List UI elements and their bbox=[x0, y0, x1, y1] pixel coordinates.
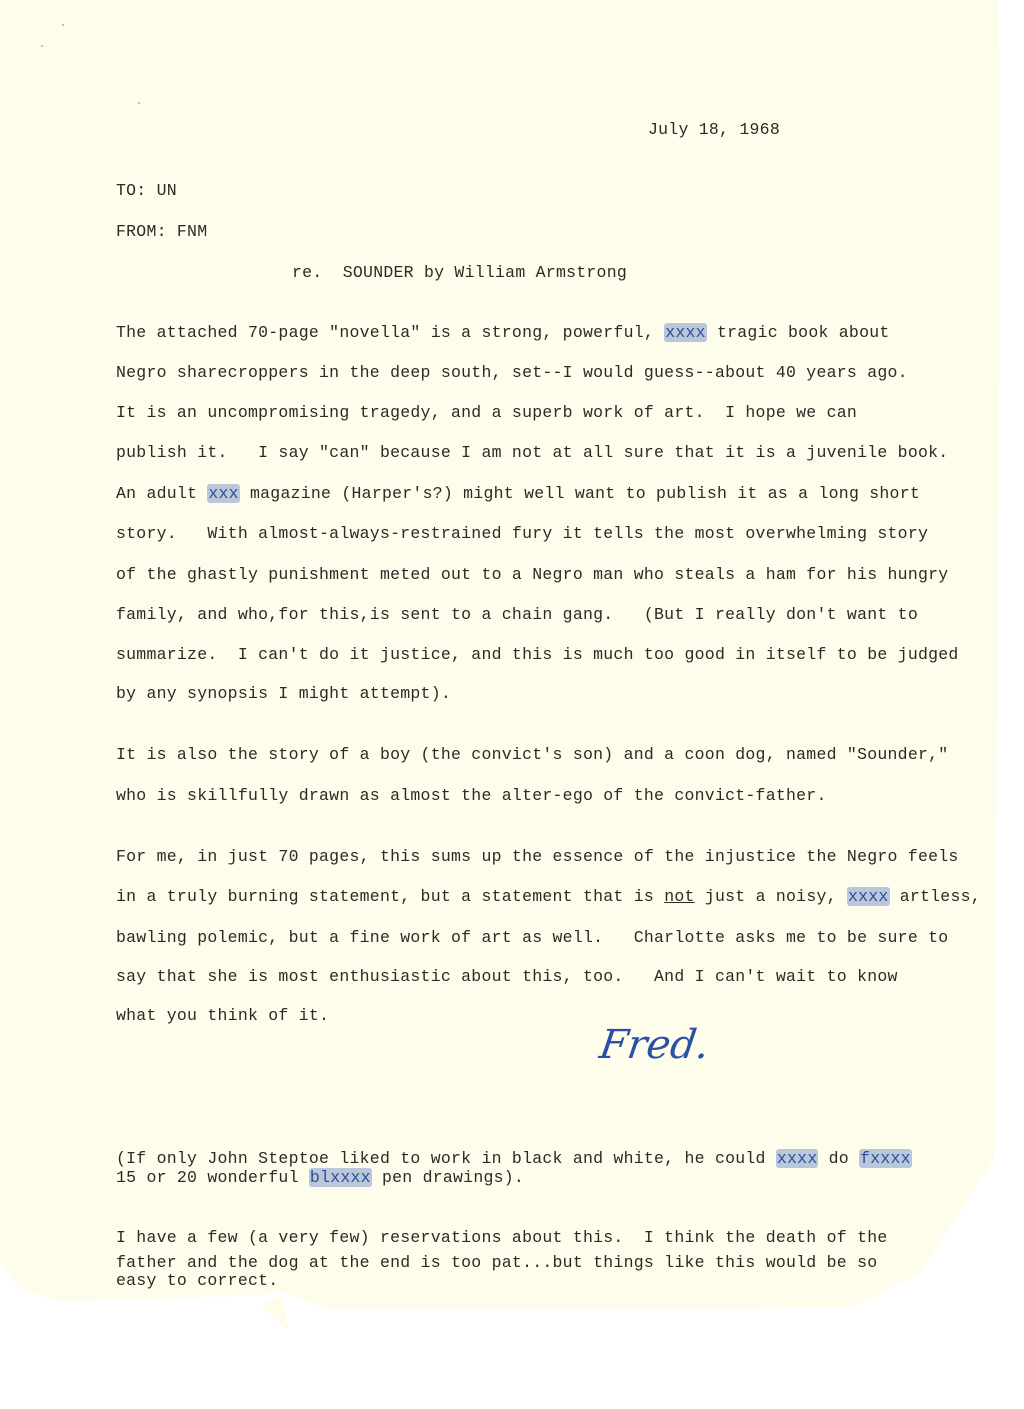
postscript-line: (If only John Steptoe liked to work in b… bbox=[116, 1149, 912, 1168]
paragraph3-line: what you think of it. bbox=[116, 1006, 329, 1025]
paragraph1-line: An adult xxx magazine (Harper's?) might … bbox=[116, 484, 920, 503]
memo-from: FROM: FNM bbox=[116, 222, 207, 241]
handwritten-signature: Fred. bbox=[597, 1022, 712, 1068]
reservations-line: father and the dog at the end is too pat… bbox=[116, 1253, 877, 1272]
struck-out-text: fxxxx bbox=[859, 1149, 912, 1168]
text-run: do bbox=[818, 1149, 859, 1168]
struck-out-text: blxxxx bbox=[309, 1168, 372, 1187]
paragraph3-line: in a truly burning statement, but a stat… bbox=[116, 887, 981, 906]
text-run: just a noisy, bbox=[695, 887, 847, 906]
text-run: magazine (Harper's?) might well want to … bbox=[240, 484, 920, 503]
underlined-text: not bbox=[664, 887, 694, 906]
paragraph1-line: Negro sharecroppers in the deep south, s… bbox=[116, 363, 908, 382]
memo-subject: re. SOUNDER by William Armstrong bbox=[292, 263, 627, 282]
paper-speck bbox=[138, 102, 140, 104]
text-run: 15 or 20 wonderful bbox=[116, 1168, 309, 1187]
struck-out-text: xxxx bbox=[847, 887, 890, 906]
text-run: The attached 70-page "novella" is a stro… bbox=[116, 323, 664, 342]
memo-date: July 18, 1968 bbox=[648, 120, 780, 139]
reservations-line: easy to correct. bbox=[116, 1271, 278, 1290]
paragraph3-line: For me, in just 70 pages, this sums up t… bbox=[116, 847, 959, 866]
text-run: artless, bbox=[890, 887, 981, 906]
text-run: tragic book about bbox=[707, 323, 890, 342]
paragraph2-line: It is also the story of a boy (the convi… bbox=[116, 745, 948, 764]
paragraph3-line: bawling polemic, but a fine work of art … bbox=[116, 928, 948, 947]
reservations-line: I have a few (a very few) reservations a… bbox=[116, 1228, 888, 1247]
text-run: in a truly burning statement, but a stat… bbox=[116, 887, 664, 906]
paragraph1-line: family, and who,for this,is sent to a ch… bbox=[116, 605, 918, 624]
postscript-line: 15 or 20 wonderful blxxxx pen drawings). bbox=[116, 1168, 524, 1187]
paragraph1-line: It is an uncompromising tragedy, and a s… bbox=[116, 403, 857, 422]
text-run: An adult bbox=[116, 484, 207, 503]
struck-out-text: xxxx bbox=[664, 323, 707, 342]
paragraph1-line: of the ghastly punishment meted out to a… bbox=[116, 565, 948, 584]
paragraph1-line: publish it. I say "can" because I am not… bbox=[116, 443, 948, 462]
text-run: pen drawings). bbox=[372, 1168, 524, 1187]
struck-out-text: xxx bbox=[207, 484, 239, 503]
torn-paper-flap bbox=[261, 1294, 299, 1335]
paragraph3-line: say that she is most enthusiastic about … bbox=[116, 967, 898, 986]
paragraph1-line: by any synopsis I might attempt). bbox=[116, 684, 451, 703]
paragraph2-line: who is skillfully drawn as almost the al… bbox=[116, 786, 827, 805]
paragraph1-line: The attached 70-page "novella" is a stro… bbox=[116, 323, 890, 342]
text-run: (If only John Steptoe liked to work in b… bbox=[116, 1149, 776, 1168]
paragraph1-line: story. With almost-always-restrained fur… bbox=[116, 524, 928, 543]
paragraph1-line: summarize. I can't do it justice, and th… bbox=[116, 645, 959, 664]
memo-to: TO: UN bbox=[116, 181, 177, 200]
paper-speck bbox=[62, 24, 64, 26]
struck-out-text: xxxx bbox=[776, 1149, 819, 1168]
paper-speck bbox=[41, 45, 43, 47]
